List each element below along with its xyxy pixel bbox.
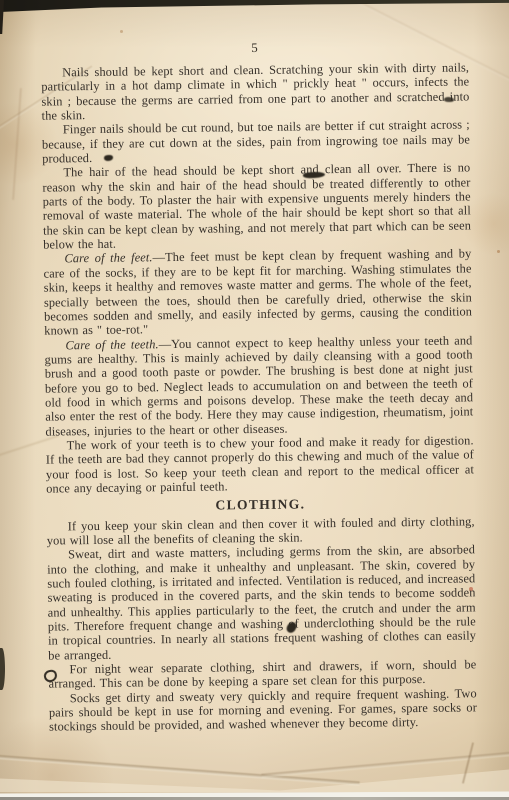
scan-edge-top-left (0, 0, 4, 34)
paragraph-lead: Care of the feet. (64, 251, 152, 266)
ink-blot-icon (444, 97, 454, 102)
bottom-fold-highlight (0, 762, 509, 792)
foxing-spot (497, 250, 500, 253)
scan-edge-left-mark (0, 648, 5, 690)
paragraph-body: Sweat, dirt and waste matters, including… (47, 543, 476, 663)
scanned-book-page: 5 Nails should be kept short and clean. … (0, 0, 509, 800)
paragraph-sweat: Sweat, dirt and waste matters, including… (47, 543, 476, 663)
paragraph-hair: The hair of the head should be kept shor… (42, 161, 471, 252)
paragraph-body: The hair of the head should be kept shor… (42, 161, 471, 252)
page-text-block: Nails should be kept short and clean. Sc… (41, 60, 477, 734)
paragraph-care-of-feet: Care of the feet.—The feet must be kept … (43, 247, 472, 338)
section-heading-clothing: CLOTHING. (46, 496, 474, 516)
paragraph-teeth-work: The work of your teeth is to chew your f… (46, 433, 475, 496)
paper-crease (12, 88, 22, 200)
paragraph-socks: Socks get dirty and sweaty very quickly … (49, 686, 477, 734)
paragraph-lead: Care of the teeth. (65, 337, 158, 352)
paragraph-nails: Nails should be kept short and clean. Sc… (41, 60, 470, 123)
foxing-spot (120, 30, 123, 33)
paragraph-body: Nails should be kept short and clean. Sc… (41, 60, 469, 122)
paragraph-body: Socks get dirty and sweaty very quickly … (49, 686, 477, 734)
scan-edge-top (0, 0, 509, 13)
paragraph-care-of-teeth: Care of the teeth.—You cannot expect to … (44, 333, 473, 439)
page-number: 5 (0, 38, 509, 58)
paragraph-body: The work of your teeth is to chew your f… (46, 433, 474, 495)
